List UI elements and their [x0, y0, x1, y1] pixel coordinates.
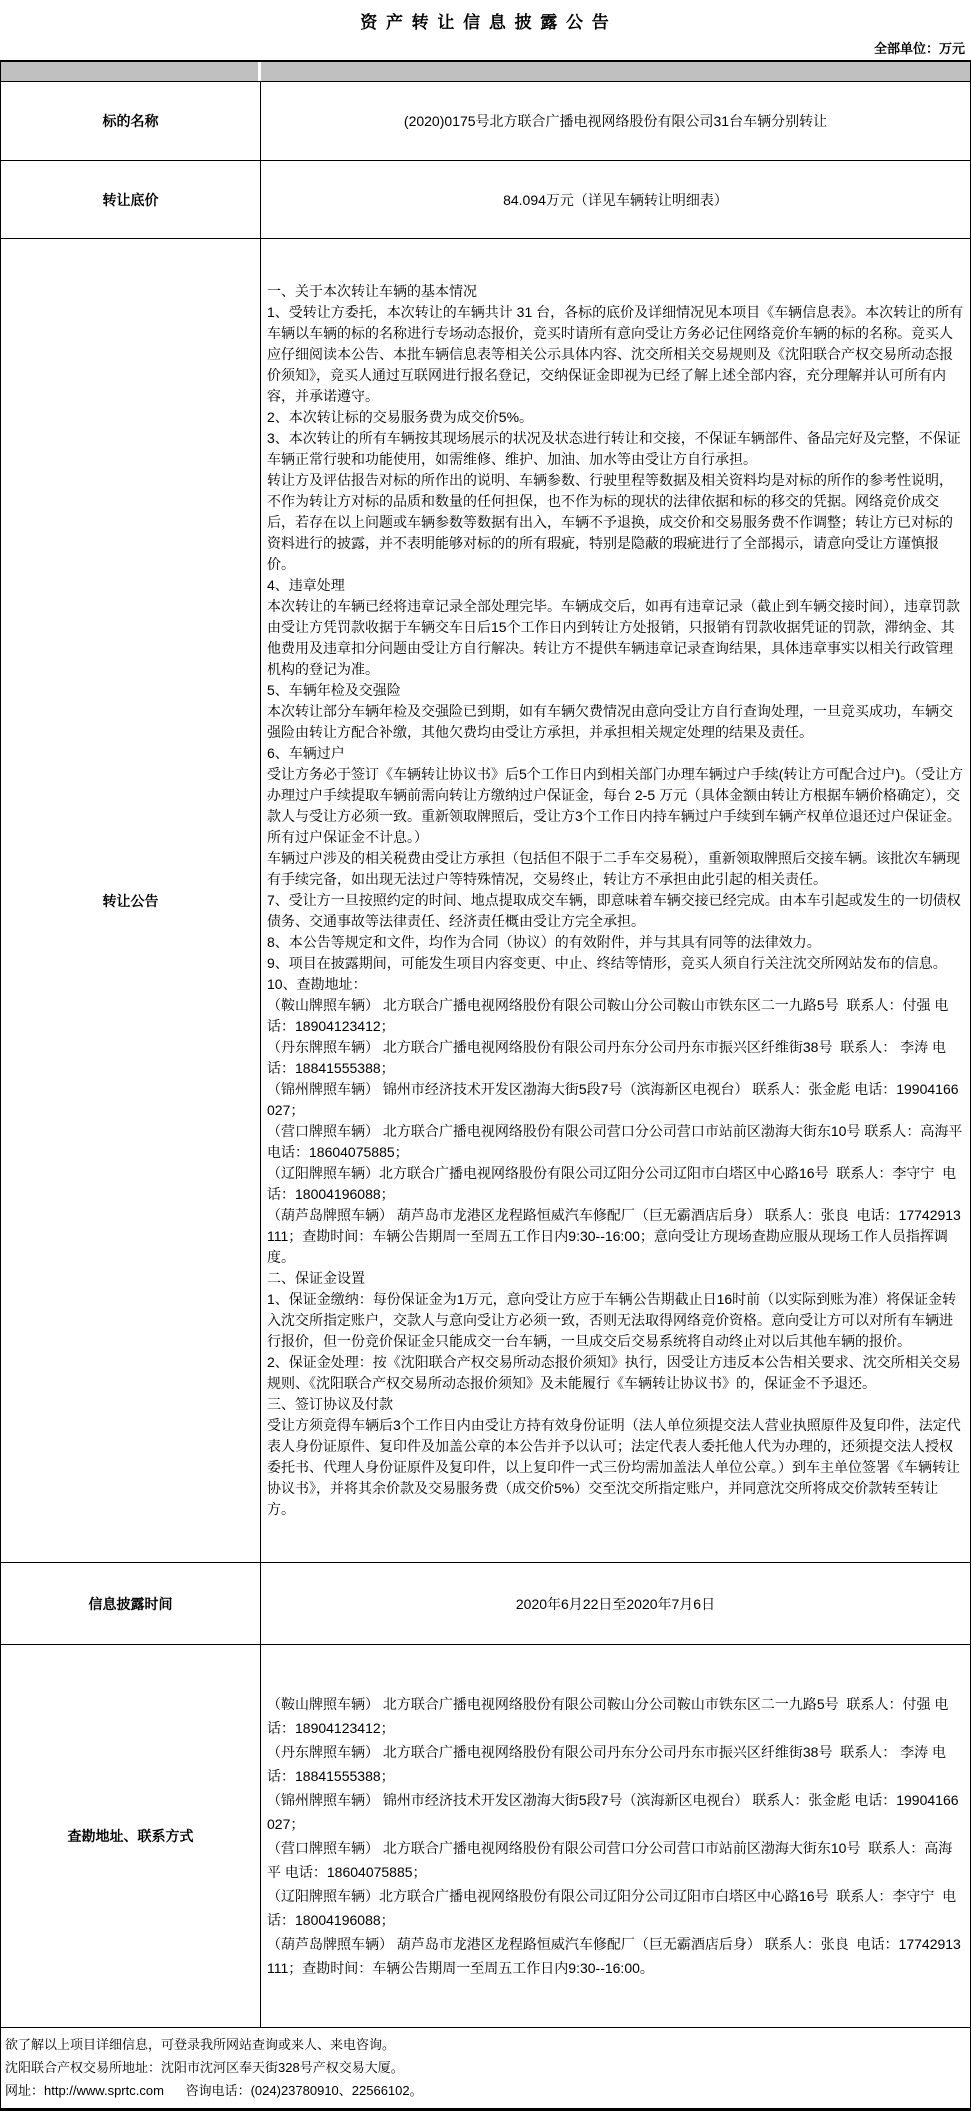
- table-header-row: [1, 62, 970, 82]
- table-header-content-cell: [261, 62, 970, 81]
- footer-info-line: 欲了解以上项目详细信息，可登录我所网站查询或来人、来电咨询。: [5, 2033, 966, 2056]
- table-row-subject-name: 标的名称 (2020)0175号北方联合广播电视网络股份有限公司31台车辆分别转…: [1, 82, 970, 161]
- transfer-announcement-label: 转让公告: [1, 239, 261, 1562]
- footer-address-line: 沈阳联合产权交易所地址：沈阳市沈河区奉天街328号产权交易大厦。: [5, 2056, 966, 2079]
- disclosure-period-label: 信息披露时间: [1, 1563, 261, 1644]
- base-price-cell: 84.094万元（详见车辆转让明细表）: [261, 161, 970, 238]
- subject-name-label: 标的名称: [1, 82, 261, 160]
- transfer-announcement-text: 一、关于本次转让车辆的基本情况 1、受转让方委托，本次转让的车辆共计 31 台，…: [267, 281, 964, 1520]
- table-header-label-cell: [1, 62, 261, 81]
- table-footer-note: 欲了解以上项目详细信息，可登录我所网站查询或来人、来电咨询。 沈阳联合产权交易所…: [1, 2028, 970, 2111]
- table-row-survey-contacts: 查勘地址、联系方式 （鞍山牌照车辆） 北方联合广播电视网络股份有限公司鞍山分公司…: [1, 1645, 970, 2028]
- disclosure-period-value: 2020年6月22日至2020年7月6日: [516, 1594, 715, 1614]
- survey-contacts-label: 查勘地址、联系方式: [1, 1645, 261, 2027]
- announcement-table: 标的名称 (2020)0175号北方联合广播电视网络股份有限公司31台车辆分别转…: [0, 60, 971, 2111]
- survey-contacts-text: （鞍山牌照车辆） 北方联合广播电视网络股份有限公司鞍山分公司鞍山市铁东区二一九路…: [267, 1692, 964, 1980]
- announcement-page: 资 产 转 让 信 息 披 露 公 告 全部单位：万元 标的名称 (2020)0…: [0, 0, 971, 2111]
- transfer-announcement-cell: 一、关于本次转让车辆的基本情况 1、受转让方委托，本次转让的车辆共计 31 台，…: [261, 239, 970, 1562]
- base-price-value: 84.094万元（详见车辆转让明细表）: [503, 190, 728, 210]
- page-title: 资 产 转 让 信 息 披 露 公 告: [0, 0, 971, 38]
- table-row-disclosure-period: 信息披露时间 2020年6月22日至2020年7月6日: [1, 1563, 970, 1645]
- table-row-base-price: 转让底价 84.094万元（详见车辆转让明细表）: [1, 161, 970, 239]
- unit-note: 全部单位：万元: [0, 38, 971, 60]
- subject-name-value: (2020)0175号北方联合广播电视网络股份有限公司31台车辆分别转让: [404, 111, 827, 131]
- table-row-transfer-announcement: 转让公告 一、关于本次转让车辆的基本情况 1、受转让方委托，本次转让的车辆共计 …: [1, 239, 970, 1563]
- footer-website-phone-line: 网址：http://www.sprtc.com 咨询电话：(024)237809…: [5, 2079, 966, 2102]
- disclosure-period-cell: 2020年6月22日至2020年7月6日: [261, 1563, 970, 1644]
- subject-name-cell: (2020)0175号北方联合广播电视网络股份有限公司31台车辆分别转让: [261, 82, 970, 160]
- base-price-label: 转让底价: [1, 161, 261, 238]
- survey-contacts-cell: （鞍山牌照车辆） 北方联合广播电视网络股份有限公司鞍山分公司鞍山市铁东区二一九路…: [261, 1645, 970, 2027]
